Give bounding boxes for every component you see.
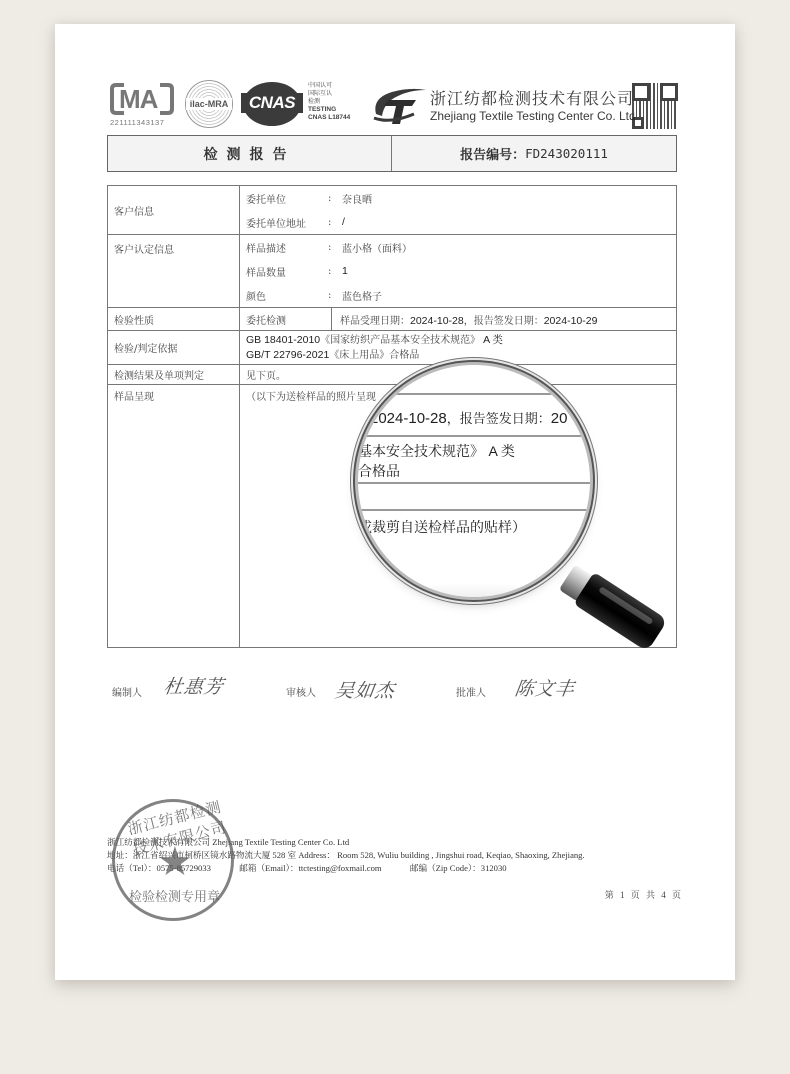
sample-value: （以下为送检样品的照片呈现 [240,385,677,648]
row-result: 检测结果及单项判定 见下页。 [108,365,677,385]
footer-tel: 电话（Tel）：0575-85729033 [107,863,211,873]
field-client: 委托单位: 奈良晒 [246,186,670,210]
field-color: 颜色: 蓝色格子 [246,283,670,307]
field-sample-quantity: 样品数量: 1 [246,259,670,283]
test-dates: 样品受理日期：2024-10-28，报告签发日期：2024-10-29 [332,312,597,327]
footer-company: 浙江纺都检测技术有限公司 Zhejiang Textile Testing Ce… [107,836,687,849]
footer-email: 邮箱（Email）：ttctesting@foxmail.com [239,863,381,873]
footer-contact: 浙江纺都检测技术有限公司 Zhejiang Textile Testing Ce… [107,836,687,875]
row-customer-confirmed: 客户认定信息 样品描述: 蓝小格（面料） 样品数量: 1 颜色: 蓝色格子 [108,235,677,308]
approved-by-label: 批准人 [456,684,486,699]
ilac-mra-logo: ilac-MRA [185,80,233,128]
customer-confirmed-label: 客户认定信息 [108,235,240,308]
cma-logo: MA 221111343137 [110,82,176,128]
reviewed-by-label: 审核人 [286,684,316,699]
cma-number: 221111343137 [110,118,176,127]
basis-standard-2: GB/T 22796-2021《床上用品》合格品 [246,348,670,363]
cnas-logo: CNAS [243,82,301,126]
report-info-table: 客户信息 委托单位: 奈良晒 委托单位地址: / 客户认定信息 样品描述: 蓝小… [107,185,677,648]
reviewed-by-signature: 吴如杰 [333,676,397,703]
row-test-nature: 检验性质 委托检测 样品受理日期：2024-10-28，报告签发日期：2024-… [108,308,677,331]
report-number: 报告编号： FD243020111 [392,136,676,171]
cma-mark: MA [119,84,157,115]
customer-info-label: 客户信息 [108,186,240,235]
report-page: MA 221111343137 ilac-MRA CNAS 中国认可 国际互认 … [55,24,735,980]
field-sample-description: 样品描述: 蓝小格（面料） [246,235,670,259]
footer-contacts: 电话（Tel）：0575-85729033 邮箱（Email）：ttctesti… [107,862,687,875]
prepared-by-signature: 杜惠芳 [162,672,226,699]
basis-label: 检验/判定依据 [108,331,240,365]
company-name-en: Zhejiang Textile Testing Center Co. Ltd [430,109,636,123]
page-number: 第 1 页 共 4 页 [605,888,683,901]
field-client-address: 委托单位地址: / [246,210,670,234]
prepared-by-label: 编制人 [112,684,142,699]
result-label: 检测结果及单项判定 [108,365,240,385]
test-nature-label: 检验性质 [108,308,240,331]
signatures: 编制人 杜惠芳 审核人 吴如杰 批准人 陈文丰 [112,670,632,710]
basis-standard-1: GB 18401-2010《国家纺织产品基本安全技术规范》 A 类 [246,333,670,348]
row-customer-info: 客户信息 委托单位: 奈良晒 委托单位地址: / [108,186,677,235]
result-value: 见下页。 [240,365,677,385]
qr-code-icon[interactable] [632,83,678,129]
test-nature-value: 委托检测 [240,308,332,330]
company-name-cn: 浙江纺都检测技术有限公司 [430,86,634,109]
report-title-bar: 检测报告 报告编号： FD243020111 [107,135,677,172]
company-logo-icon [370,84,430,126]
header-logos: MA 221111343137 ilac-MRA CNAS 中国认可 国际互认 … [110,80,680,132]
footer-address: 地址：浙江省绍兴市柯桥区镜水路物流大厦 528 室 Address： Room … [107,849,687,862]
row-basis: 检验/判定依据 GB 18401-2010《国家纺织产品基本安全技术规范》 A … [108,331,677,365]
row-sample: 样品呈现 （以下为送检样品的照片呈现 [108,385,677,648]
report-title: 检测报告 [108,136,392,171]
sample-label: 样品呈现 [108,385,240,648]
approved-by-signature: 陈文丰 [513,674,577,701]
footer-zip: 邮编（Zip Code）：312030 [410,863,507,873]
cnas-accreditation-text: 中国认可 国际互认 检测 TESTING CNAS L18744 [308,82,350,122]
